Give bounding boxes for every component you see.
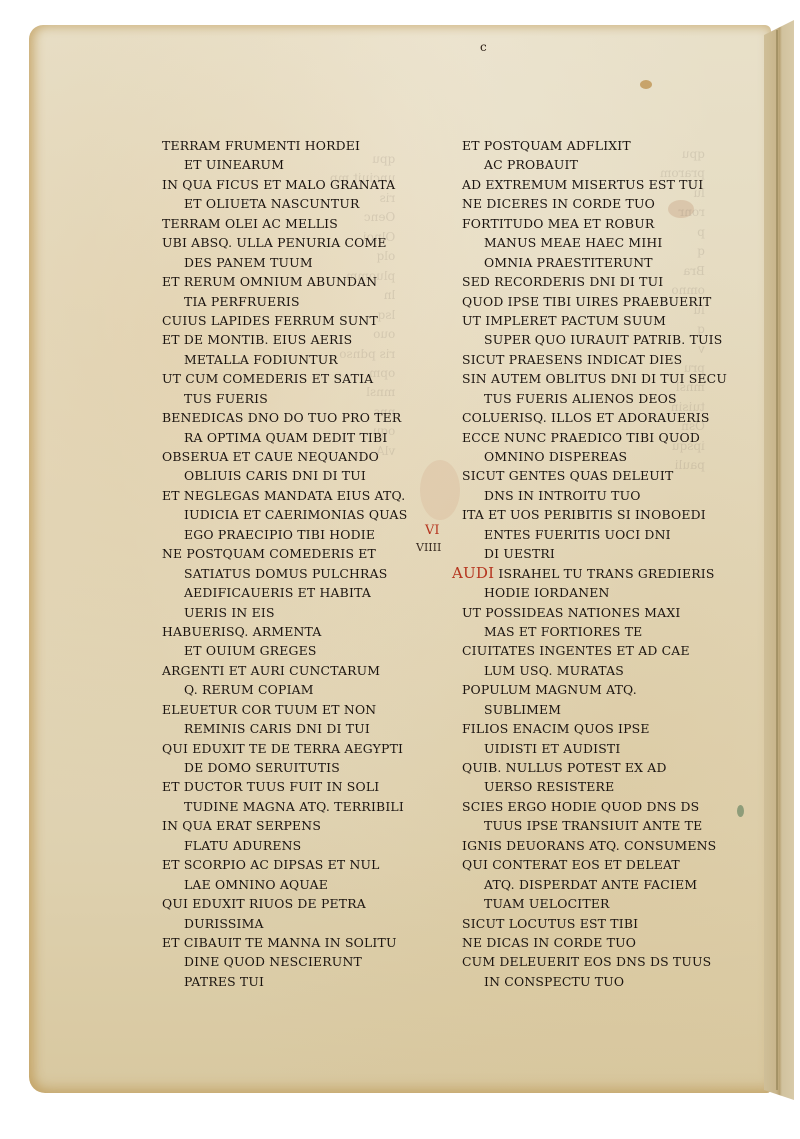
text-line: TUDINE MAGNA ATQ. TERRIBILI [162, 797, 407, 816]
text-line: OMNINO DISPEREAS [462, 447, 727, 466]
text-line: ET POSTQUAM ADFLIXIT [462, 136, 727, 155]
text-line: ELEUETUR COR TUUM ET NON [162, 700, 407, 719]
text-line: SIN AUTEM OBLITUS DNI DI TUI SECU [462, 369, 727, 388]
text-line: DI UESTRI [462, 544, 727, 563]
text-line: AD EXTREMUM MISERTUS EST TUI [462, 175, 727, 194]
text-line: ITA ET UOS PERIBITIS SI INOBOEDI [462, 505, 727, 524]
text-line: NE DICAS IN CORDE TUO [462, 933, 727, 952]
text-line: UIDISTI ET AUDISTI [462, 739, 727, 758]
text-line: SATIATUS DOMUS PULCHRAS [162, 564, 407, 583]
folio-mark: c [480, 40, 487, 54]
text-line: AC PROBAUIT [462, 155, 727, 174]
text-line: SICUT LOCUTUS EST TIBI [462, 914, 727, 933]
text-line: UERIS IN EIS [162, 603, 407, 622]
text-line: TUUS IPSE TRANSIUIT ANTE TE [462, 816, 727, 835]
text-line: FORTITUDO MEA ET ROBUR [462, 214, 727, 233]
text-line: NE POSTQUAM COMEDERIS ET [162, 544, 407, 563]
text-line: DINE QUOD NESCIERUNT [162, 952, 407, 971]
text-line: CUM DELEUERIT EOS DNS DS TUUS [462, 952, 727, 971]
text-line: SED RECORDERIS DNI DI TUI [462, 272, 727, 291]
text-line: UT CUM COMEDERIS ET SATIA [162, 369, 407, 388]
text-line: ATQ. DISPERDAT ANTE FACIEM [462, 875, 727, 894]
text-line: NE DICERES IN CORDE TUO [462, 194, 727, 213]
text-line: SUBLIMEM [462, 700, 727, 719]
text-line: RA OPTIMA QUAM DEDIT TIBI [162, 428, 407, 447]
text-line: TUS FUERIS [162, 389, 407, 408]
text-line: TERRAM FRUMENTI HORDEI [162, 136, 407, 155]
text-line: SICUT PRAESENS INDICAT DIES [462, 350, 727, 369]
text-line: ET OLIUETA NASCUNTUR [162, 194, 407, 213]
text-line: QUI CONTERAT EOS ET DELEAT [462, 855, 727, 874]
text-line-content: ISRAHEL TU TRANS GREDIERIS [498, 566, 714, 581]
text-line: HODIE IORDANEN [462, 583, 727, 602]
text-line: IUDICIA ET CAERIMONIAS QUAS [162, 505, 407, 524]
text-line: MANUS MEAE HAEC MIHI [462, 233, 727, 252]
text-line: ARGENTI ET AURI CUNCTARUM [162, 661, 407, 680]
rubric-initial: AUDI [452, 564, 494, 582]
text-line: ET DE MONTIB. EIUS AERIS [162, 330, 407, 349]
text-line: QUIB. NULLUS POTEST EX AD [462, 758, 727, 777]
text-line: LUM USQ. MURATAS [462, 661, 727, 680]
text-line: OBSERUA ET CAUE NEQUANDO [162, 447, 407, 466]
marginal-section-number: VIIII [416, 541, 441, 554]
marginal-chapter-number: VI [425, 523, 440, 538]
text-line: TERRAM OLEI AC MELLIS [162, 214, 407, 233]
text-line: UT IMPLERET PACTUM SUUM [462, 311, 727, 330]
text-line: TIA PERFRUERIS [162, 292, 407, 311]
text-line: ENTES FUERITIS UOCI DNI [462, 525, 727, 544]
stain-green [737, 805, 744, 817]
text-line: MAS ET FORTIORES TE [462, 622, 727, 641]
text-column-right: ET POSTQUAM ADFLIXIT AC PROBAUIT AD EXTR… [462, 136, 727, 991]
text-line: IN QUA FICUS ET MALO GRANATA [162, 175, 407, 194]
text-line: QUI EDUXIT RIUOS DE PETRA [162, 894, 407, 913]
text-line: IN CONSPECTU TUO [462, 972, 727, 991]
text-line: DE DOMO SERUITUTIS [162, 758, 407, 777]
text-line: ET DUCTOR TUUS FUIT IN SOLI [162, 777, 407, 796]
gutter-fold-line [776, 30, 778, 1090]
stain-top [640, 80, 652, 89]
stain-left-mid [420, 460, 460, 520]
text-line: TUS FUERIS ALIENOS DEOS [462, 389, 727, 408]
binding-gutter [764, 20, 794, 1100]
text-line: UBI ABSQ. ULLA PENURIA COME [162, 233, 407, 252]
text-line: FILIOS ENACIM QUOS IPSE [462, 719, 727, 738]
text-line: COLUERISQ. ILLOS ET ADORAUERIS [462, 408, 727, 427]
text-line: ECCE NUNC PRAEDICO TIBI QUOD [462, 428, 727, 447]
text-line: UT POSSIDEAS NATIONES MAXI [462, 603, 727, 622]
text-line: REMINIS CARIS DNI DI TUI [162, 719, 407, 738]
text-line: ET UINEARUM [162, 155, 407, 174]
text-line: AEDIFICAUERIS ET HABITA [162, 583, 407, 602]
text-line: SUPER QUO IURAUIT PATRIB. TUIS [462, 330, 727, 349]
text-line: ET RERUM OMNIUM ABUNDAN [162, 272, 407, 291]
text-line: Q. RERUM COPIAM [162, 680, 407, 699]
text-line: HABUERISQ. ARMENTA [162, 622, 407, 641]
text-column-left: TERRAM FRUMENTI HORDEI ET UINEARUM IN QU… [162, 136, 407, 991]
text-line: POPULUM MAGNUM ATQ. [462, 680, 727, 699]
text-line: ET CIBAUIT TE MANNA IN SOLITU [162, 933, 407, 952]
text-line: DNS IN INTROITU TUO [462, 486, 727, 505]
text-line: SCIES ERGO HODIE QUOD DNS DS [462, 797, 727, 816]
text-line: CIUITATES INGENTES ET AD CAE [462, 641, 727, 660]
text-line: ET SCORPIO AC DIPSAS ET NUL [162, 855, 407, 874]
text-line: CUIUS LAPIDES FERRUM SUNT [162, 311, 407, 330]
text-line: QUI EDUXIT TE DE TERRA AEGYPTI [162, 739, 407, 758]
text-line: PATRES TUI [162, 972, 407, 991]
text-line: SICUT GENTES QUAS DELEUIT [462, 466, 727, 485]
text-line: EGO PRAECIPIO TIBI HODIE [162, 525, 407, 544]
text-line: BENEDICAS DNO DO TUO PRO TER [162, 408, 407, 427]
text-line: METALLA FODIUNTUR [162, 350, 407, 369]
text-line: ET NEGLEGAS MANDATA EIUS ATQ. [162, 486, 407, 505]
text-line: DURISSIMA [162, 914, 407, 933]
text-line-rubric: AUDI ISRAHEL TU TRANS GREDIERIS [452, 564, 727, 583]
text-line: OMNIA PRAESTITERUNT [462, 253, 727, 272]
text-line: QUOD IPSE TIBI UIRES PRAEBUERIT [462, 292, 727, 311]
text-line: LAE OMNINO AQUAE [162, 875, 407, 894]
text-line: FLATU ADURENS [162, 836, 407, 855]
text-line: OBLIUIS CARIS DNI DI TUI [162, 466, 407, 485]
text-line: IGNIS DEUORANS ATQ. CONSUMENS [462, 836, 727, 855]
text-line: TUAM UELOCITER [462, 894, 727, 913]
text-line: UERSO RESISTERE [462, 777, 727, 796]
text-line: ET OUIUM GREGES [162, 641, 407, 660]
text-line: DES PANEM TUUM [162, 253, 407, 272]
text-line: IN QUA ERAT SERPENS [162, 816, 407, 835]
